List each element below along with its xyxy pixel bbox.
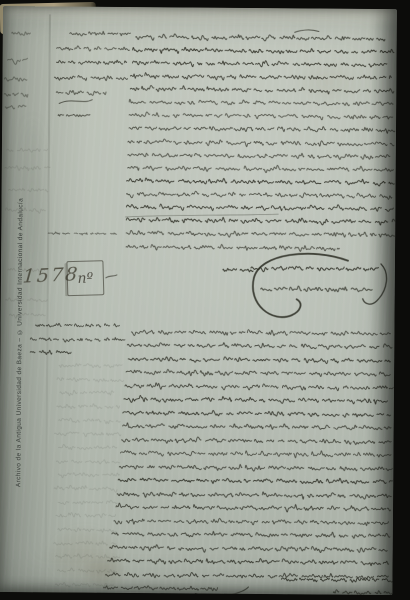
manuscript-page: Archivo de la Antigua Universidad de Bae… [0, 6, 397, 595]
script-block-signature-script [223, 266, 382, 292]
script-block-bleedthrough-left [4, 148, 54, 318]
script-block-main-text-block-1 [126, 34, 397, 253]
script-block-tiny-margin-note [48, 232, 119, 236]
number-box-label: nº [77, 270, 93, 286]
signature-flourishes [55, 28, 388, 595]
number-box: nº [66, 260, 104, 296]
script-block-bottom-signatures [281, 578, 397, 595]
script-block-main-text-block-2 [103, 329, 397, 593]
script-block-margin-note-top [54, 31, 133, 117]
handwriting-layer [0, 6, 397, 595]
script-block-bleedthrough-bottom-left [53, 363, 125, 587]
sheet-content: Archivo de la Antigua Universidad de Bae… [0, 6, 397, 595]
script-block-margin-note-mid [30, 323, 127, 355]
photo-frame: Archivo de la Antigua Universidad de Bae… [0, 0, 410, 600]
script-block-folio-marks [4, 32, 34, 109]
